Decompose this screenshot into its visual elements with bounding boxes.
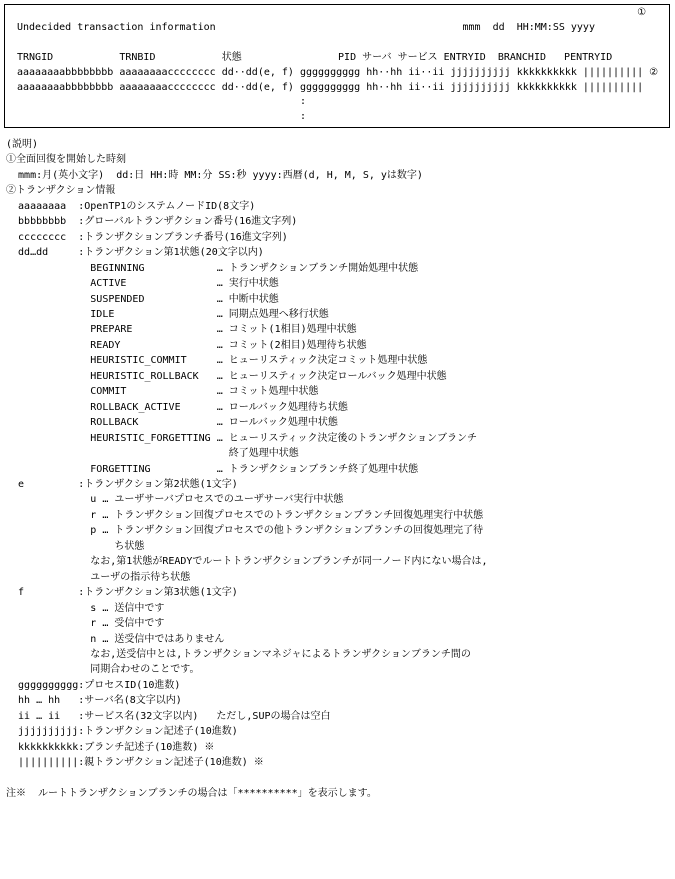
text-line: r … 受信中です (6, 616, 671, 631)
text-line: jjjjjjjjjj:トランザクション記述子(10進数) (6, 724, 671, 739)
text-line: SUSPENDED … 中断中状態 (6, 292, 671, 307)
text-line: ① (17, 6, 669, 21)
text-line: f :トランザクション第3状態(1文字) (6, 585, 671, 600)
text-line: aaaaaaaabbbbbbbb aaaaaaaacccccccc dd··dd… (17, 66, 669, 81)
text-line: 終了処理中状態 (6, 446, 671, 461)
text-line: r … トランザクション回復プロセスでのトランザクションブランチ回復処理実行中状… (6, 508, 671, 523)
text-line: hh … hh :サーバ名(8文字以内) (6, 693, 671, 708)
text-line: READY … コミット(2相目)処理待ち状態 (6, 338, 671, 353)
text-line: Undecided transaction information mmm dd… (17, 21, 669, 36)
text-line: ユーザの指示待ち状態 (6, 570, 671, 585)
text-line: PREPARE … コミット(1相目)処理中状態 (6, 322, 671, 337)
text-line: ち状態 (6, 539, 671, 554)
text-line: HEURISTIC_ROLLBACK … ヒューリスティック決定ロールバック処理… (6, 369, 671, 384)
text-line: ACTIVE … 実行中状態 (6, 276, 671, 291)
text-line: 注※ ルートトランザクションブランチの場合は「**********」を表示します… (6, 786, 671, 801)
manual-page: ①Undecided transaction information mmm d… (0, 0, 675, 879)
text-line: dd…dd :トランザクション第1状態(20文字以内) (6, 245, 671, 260)
text-line: COMMIT … コミット処理中状態 (6, 384, 671, 399)
text-line: : (17, 95, 669, 110)
text-line: ||||||||||:親トランザクション記述子(10進数) ※ (6, 755, 671, 770)
text-line: ROLLBACK … ロールバック処理中状態 (6, 415, 671, 430)
text-line: p … トランザクション回復プロセスでの他トランザクションブランチの回復処理完了… (6, 523, 671, 538)
text-line (6, 771, 671, 786)
explanation-section: (説明)①全面回復を開始した時刻 mmm:月(英小文字) dd:日 HH:時 M… (6, 137, 671, 801)
text-line: u … ユーザサーバプロセスでのユーザサーバ実行中状態 (6, 492, 671, 507)
text-line: ROLLBACK_ACTIVE … ロールバック処理待ち状態 (6, 400, 671, 415)
text-line: gggggggggg:プロセスID(10進数) (6, 678, 671, 693)
text-line: kkkkkkkkkk:ブランチ記述子(10進数) ※ (6, 740, 671, 755)
text-line: mmm:月(英小文字) dd:日 HH:時 MM:分 SS:秒 yyyy:西暦(… (6, 168, 671, 183)
text-line: 同期合わせのことです。 (6, 662, 671, 677)
text-line: ②トランザクション情報 (6, 183, 671, 198)
text-line: n … 送受信中ではありません (6, 632, 671, 647)
text-line: aaaaaaaabbbbbbbb aaaaaaaacccccccc dd··dd… (17, 81, 669, 96)
text-line: e :トランザクション第2状態(1文字) (6, 477, 671, 492)
text-line: ii … ii :サービス名(32文字以内) ただし,SUPの場合は空白 (6, 709, 671, 724)
text-line: FORGETTING … トランザクションブランチ終了処理中状態 (6, 462, 671, 477)
text-line: bbbbbbbb :グローバルトランザクション番号(16進文字列) (6, 214, 671, 229)
text-line: : (17, 110, 669, 125)
terminal-output: ①Undecided transaction information mmm d… (17, 6, 669, 125)
terminal-output-box: ①Undecided transaction information mmm d… (4, 4, 670, 128)
text-line: HEURISTIC_FORGETTING … ヒューリスティック決定後のトランザ… (6, 431, 671, 446)
text-line: IDLE … 同期点処理へ移行状態 (6, 307, 671, 322)
text-line: BEGINNING … トランザクションブランチ開始処理中状態 (6, 261, 671, 276)
text-line: HEURISTIC_COMMIT … ヒューリスティック決定コミット処理中状態 (6, 353, 671, 368)
text-line (17, 36, 669, 51)
text-line: s … 送信中です (6, 601, 671, 616)
text-line: ①全面回復を開始した時刻 (6, 152, 671, 167)
text-line: なお,送受信中とは,トランザクションマネジャによるトランザクションブランチ間の (6, 647, 671, 662)
text-line: aaaaaaaa :OpenTP1のシステムノードID(8文字) (6, 199, 671, 214)
text-line: cccccccc :トランザクションブランチ番号(16進文字列) (6, 230, 671, 245)
text-line: TRNGID TRNBID 状態 PID サーバ サービス ENTRYID BR… (17, 51, 669, 66)
text-line: (説明) (6, 137, 671, 152)
text-line: なお,第1状態がREADYでルートトランザクションブランチが同一ノード内にない場… (6, 554, 671, 569)
